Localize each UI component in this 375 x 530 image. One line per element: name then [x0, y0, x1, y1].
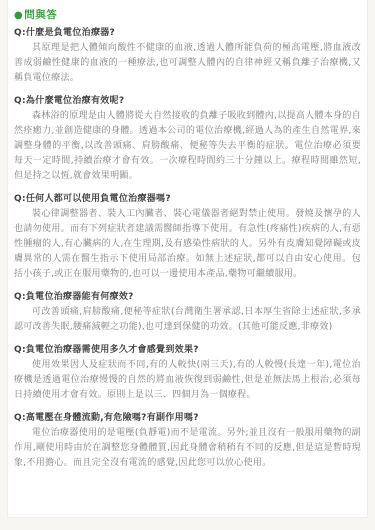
section-title-label: 問與答 [24, 9, 57, 21]
qa-item: Q:負電位治療器能有何療效? 可改善頭痛,肩膀酸痛,便秘等症狀(台灣衛生署承認,… [14, 290, 361, 335]
qa-question: Q:高電壓在身體流動,有危險嗎?有副作用嗎? [14, 411, 361, 426]
qa-question: Q:什麼是負電位治療器? [14, 26, 361, 41]
qa-answer: 使用效果因人及症狀而不同,有的人較快(兩三天),有的人較慢(長達一年),電位治療… [14, 358, 361, 403]
bullet-icon: ● [14, 10, 23, 21]
qa-question: Q:為什麼電位治療有效呢? [14, 94, 361, 109]
qa-answer: 電位治療器使用的是電壓(負靜電)而不是電流。另外;並且沒有一般服用藥物的副作用,… [14, 426, 361, 471]
qa-answer: 其原理是把人體傾向酸性不健康的血液,透過人體所能負荷的極高電壓,將血液改善成弱鹼… [14, 41, 361, 86]
qa-item: Q:為什麼電位治療有效呢? 森林浴的原理是由人體將從大自然接收的負離子吸收到體內… [14, 94, 361, 184]
faq-card: ●問與答 Q:什麼是負電位治療器? 其原理是把人體傾向酸性不健康的血液,透過人體… [7, 0, 368, 518]
qa-question: Q:負電位治療器需使用多久才會感覺到效果? [14, 343, 361, 358]
qa-item: Q:什麼是負電位治療器? 其原理是把人體傾向酸性不健康的血液,透過人體所能負荷的… [14, 26, 361, 86]
qa-question: Q:任何人都可以使用負電位治療器嗎? [14, 192, 361, 207]
qa-item: Q:高電壓在身體流動,有危險嗎?有副作用嗎? 電位治療器使用的是電壓(負靜電)而… [14, 411, 361, 471]
qa-answer: 森林浴的原理是由人體將從大自然接收的負離子吸收到體內,以提高人體本身的自然痊癒力… [14, 109, 361, 184]
qa-item: Q:負電位治療器需使用多久才會感覺到效果? 使用效果因人及症狀而不同,有的人較快… [14, 343, 361, 403]
qa-item: Q:任何人都可以使用負電位治療器嗎? 裝心律調整器者、裝人工內臟者、裝心電儀器者… [14, 192, 361, 282]
qa-question: Q:負電位治療器能有何療效? [14, 290, 361, 305]
qa-answer: 可改善頭痛,肩膀酸痛,便秘等症狀(台灣衛生署承認,日本厚生省除上述症狀,多承認可… [14, 305, 361, 335]
section-title: ●問與答 [14, 8, 361, 23]
qa-answer: 裝心律調整器者、裝人工內臟者、裝心電儀器者絕對禁止使用。發燒及懷孕的人也請勿使用… [14, 207, 361, 282]
